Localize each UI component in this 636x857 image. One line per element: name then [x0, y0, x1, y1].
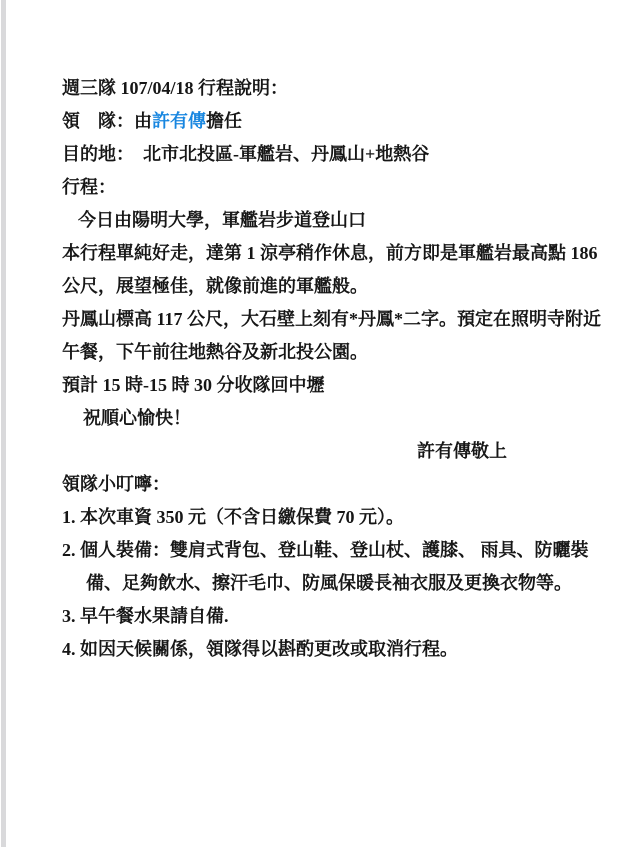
leader-line: 領 隊：由許有傳擔任 [62, 105, 622, 138]
reminder-line: 2. 個人裝備：雙肩式背包、登山鞋、登山杖、護膝、 雨具、防曬裝 [62, 534, 622, 567]
document-page: 週三隊 107/04/18 行程說明： 領 隊：由許有傳擔任 目的地： 北市北投… [0, 0, 636, 857]
reminder-line: 3. 早午餐水果請自備. [62, 600, 622, 633]
reminder-line: 4. 如因天候關係，領隊得以斟酌更改或取消行程。 [62, 633, 622, 666]
destination-line: 目的地： 北市北投區-軍艦岩、丹鳳山+地熱谷 [62, 138, 622, 171]
itinerary-label: 行程： [62, 171, 622, 204]
closing-wish: 祝順心愉快！ [62, 402, 622, 435]
doc-title-line: 週三隊 107/04/18 行程說明： [62, 72, 622, 105]
page-left-edge-shadow [1, 0, 6, 847]
document-content: 週三隊 107/04/18 行程說明： 領 隊：由許有傳擔任 目的地： 北市北投… [62, 72, 622, 666]
reminder-line: 1. 本次車資 350 元（不含日繳保費 70 元）。 [62, 501, 622, 534]
leader-suffix: 擔任 [206, 111, 242, 131]
leader-name: 許有傳 [152, 111, 206, 131]
signature: 許有傳敬上 [62, 435, 622, 468]
itinerary-line: 午餐，下午前往地熱谷及新北投公園。 [62, 336, 622, 369]
reminders-title: 領隊小叮嚀： [62, 468, 622, 501]
leader-label: 領 隊：由 [62, 111, 152, 131]
itinerary-line: 今日由陽明大學，軍艦岩步道登山口 [62, 204, 622, 237]
itinerary-line: 本行程單純好走，達第 1 涼亭稍作休息，前方即是軍艦岩最高點 186 [62, 237, 622, 270]
itinerary-line: 丹鳳山標高 117 公尺，大石壁上刻有*丹鳳*二字。預定在照明寺附近 [62, 303, 622, 336]
itinerary-line: 預計 15 時-15 時 30 分收隊回中壢 [62, 369, 622, 402]
itinerary-line: 公尺，展望極佳，就像前進的軍艦般。 [62, 270, 622, 303]
reminder-line-continuation: 備、足夠飲水、擦汗毛巾、防風保暖長袖衣服及更換衣物等。 [62, 567, 622, 600]
